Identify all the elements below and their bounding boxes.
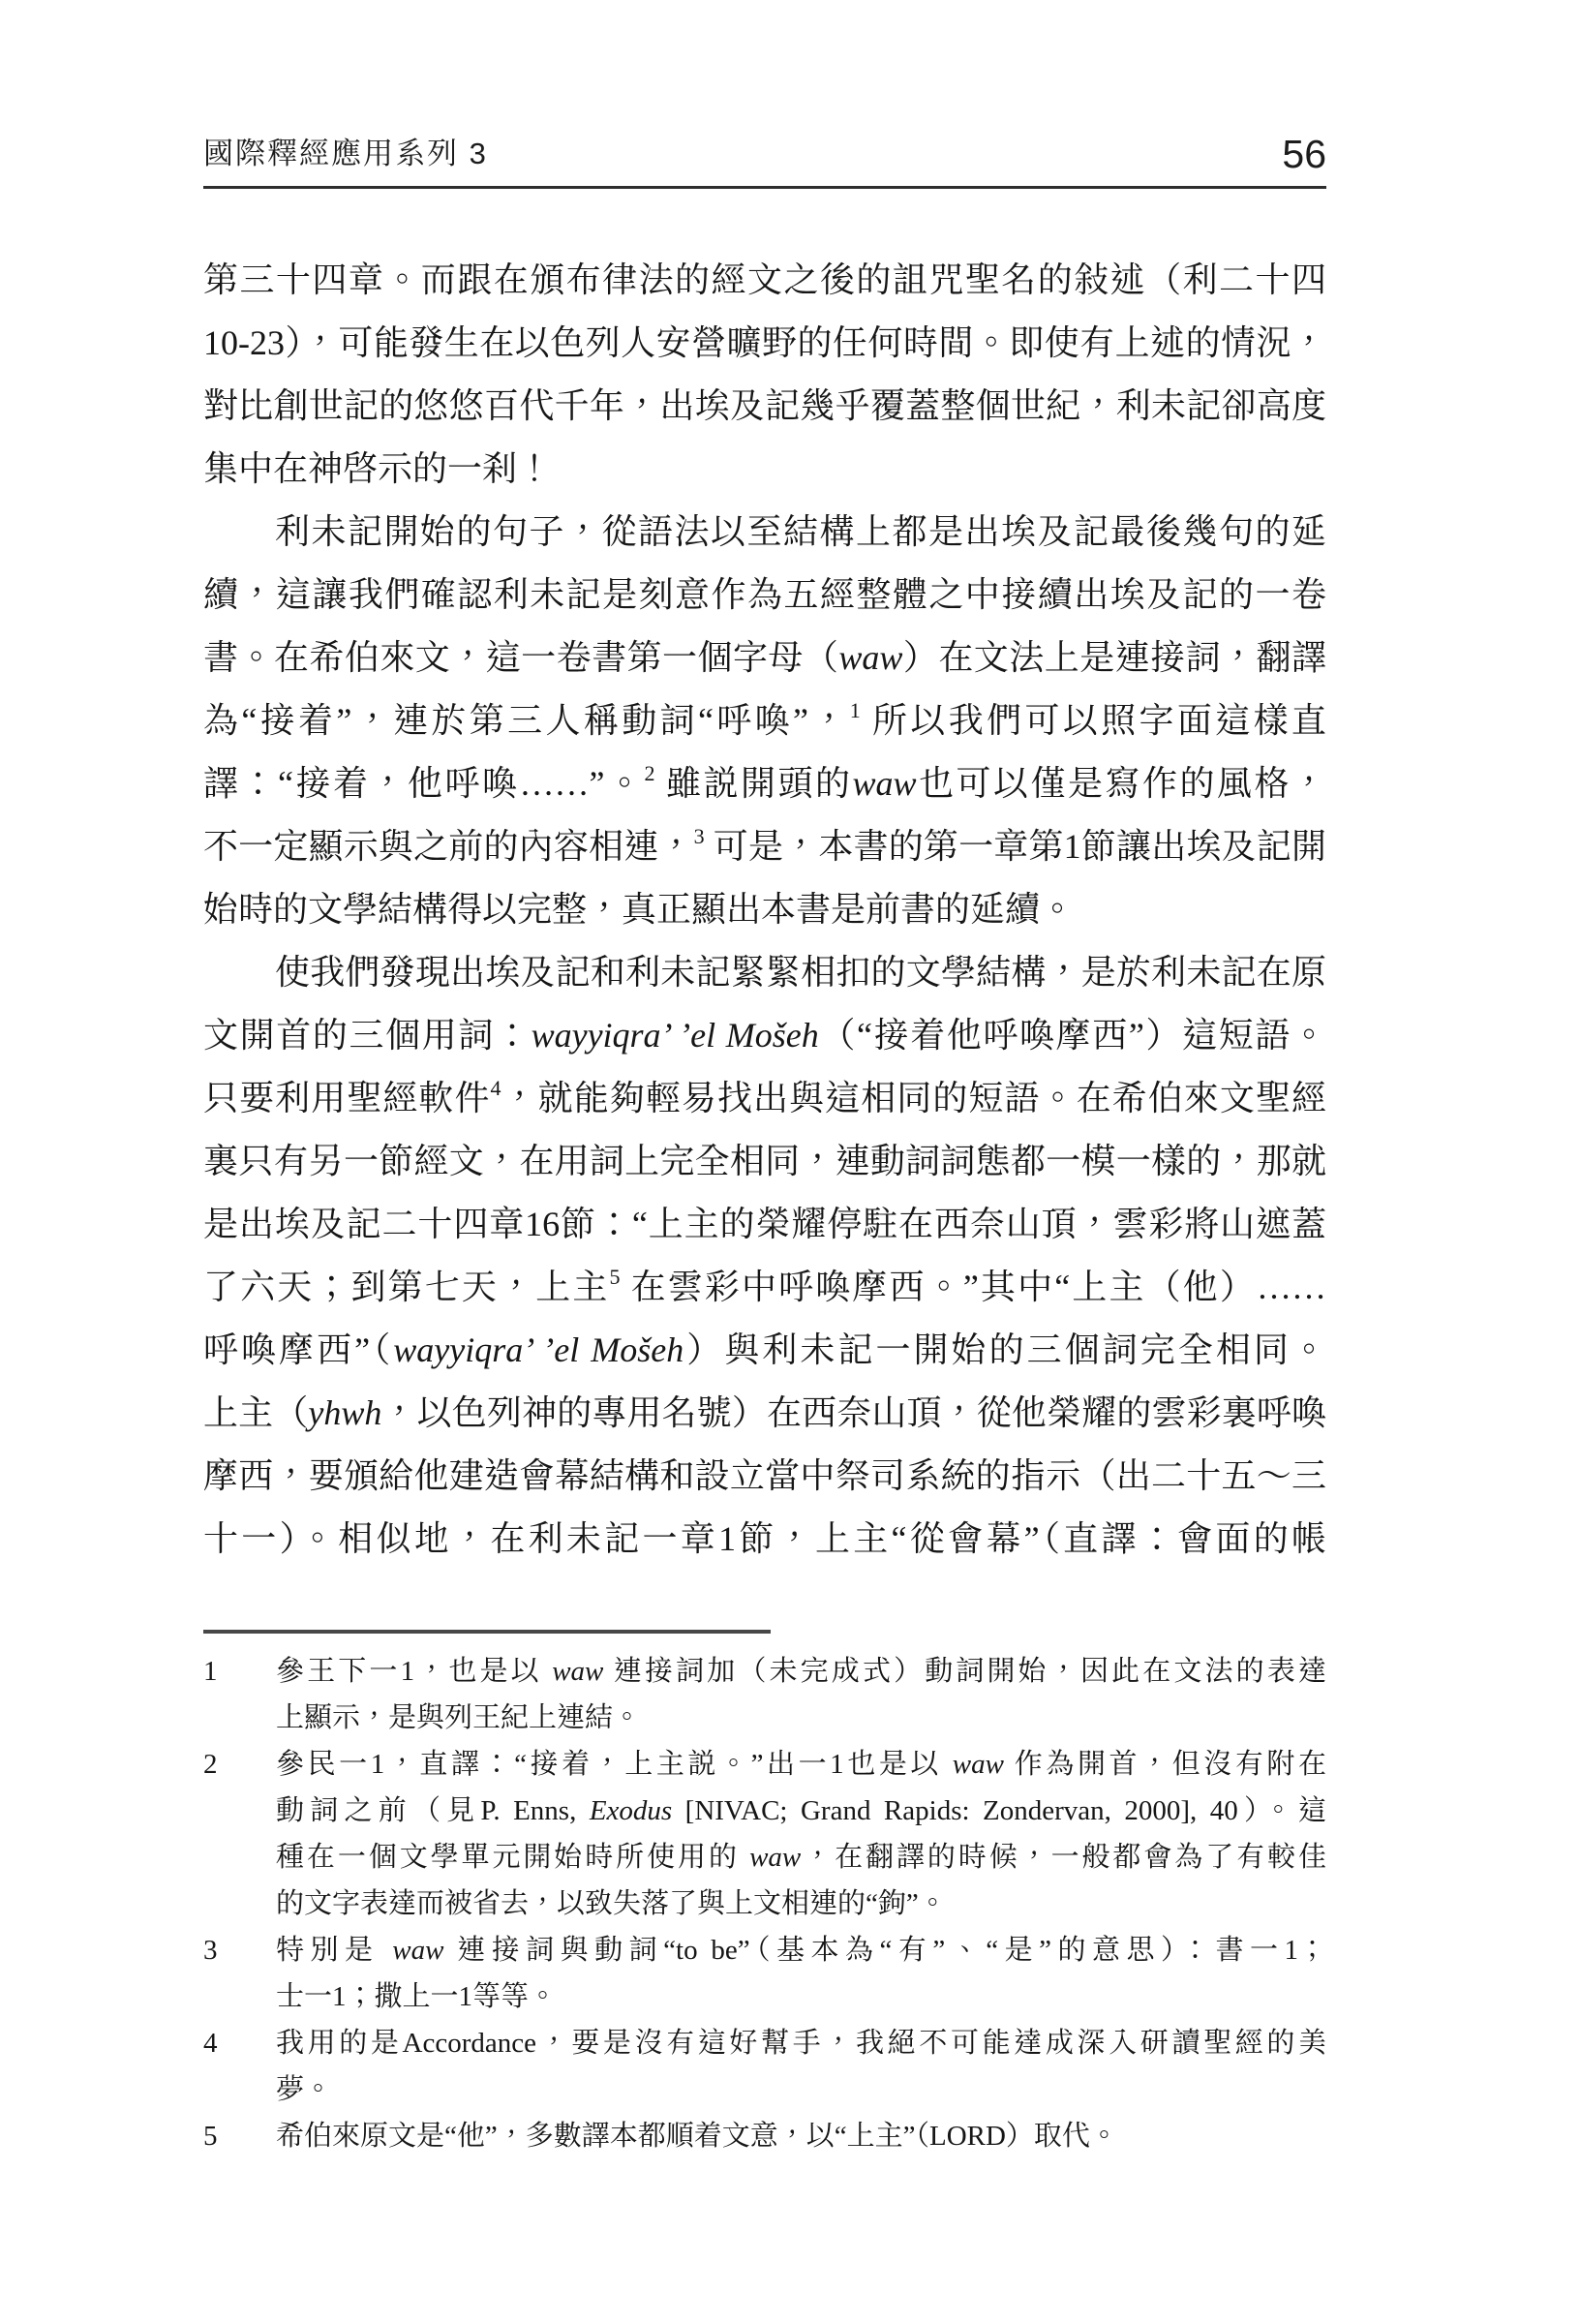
text-line: 我用的是Accordance，要是沒有這好幫手，我絕不可能達成深入研讀聖經的美 [276, 2020, 1326, 2066]
text-line: 十一）。相似地，在利未記一章1節，上主“從會幕”（直譯：會面的帳 [203, 1508, 1326, 1571]
body-text-column: 第三十四章。而跟在頒布律法的經文之後的詛咒聖名的敍述（利二十四10-23），可能… [203, 249, 1326, 1571]
text-run: 連接詞與動詞“to be”（基本為“有”、“是”的意思）：書一1； [443, 1935, 1326, 1966]
text-run: 我用的是Accordance，要是沒有這好幫手，我絕不可能達成深入研讀聖經的美 [276, 2028, 1326, 2059]
text-run: 文開首的三個用詞： [203, 1016, 532, 1055]
text-run: 了六天；到第七天，上主 [203, 1268, 609, 1306]
text-run: 使我們發現出埃及記和利未記緊緊相扣的文學結構，是於利未記在原 [275, 953, 1326, 992]
page-header: 國際釋經應用系列 3 56 [203, 130, 1326, 178]
text-line: 書。在希伯來文，這一卷書第一個字母（waw）在文法上是連接詞，翻譯 [203, 627, 1326, 689]
paragraph: 使我們發現出埃及記和利未記緊緊相扣的文學結構，是於利未記在原文開首的三個用詞：w… [203, 941, 1326, 1571]
document-page: 國際釋經應用系列 3 56 第三十四章。而跟在頒布律法的經文之後的詛咒聖名的敍述… [0, 0, 1580, 2324]
text-line: 只要利用聖經軟件4，就能夠輕易找出與這相同的短語。在希伯來文聖經 [203, 1067, 1326, 1130]
transliteration: wayyiqra’ ’el Mošeh [532, 1016, 819, 1055]
text-line: 呼喚摩西”（wayyiqra’ ’el Mošeh）與利未記一開始的三個詞完全相… [203, 1319, 1326, 1382]
text-run: ，以色列神的專用名號）在西奈山頂，從他榮耀的雲彩裏呼喚 [381, 1393, 1326, 1432]
text-run: 所以我們可以照字面這樣直 [861, 701, 1326, 740]
paragraph: 利未記開始的句子，從語法以至結構上都是出埃及記最後幾句的延續，這讓我們確認利未記… [203, 501, 1326, 941]
text-run: ）在文法上是連接詞，翻譯 [902, 638, 1326, 677]
transliteration: waw [749, 1842, 801, 1873]
paragraph: 第三十四章。而跟在頒布律法的經文之後的詛咒聖名的敍述（利二十四10-23），可能… [203, 249, 1326, 501]
text-line: 摩西，要頒給他建造會幕結構和設立當中祭司系統的指示（出二十五～三 [203, 1445, 1326, 1508]
text-line: 的文字表達而被省去，以致失落了與上文相連的“鉤”。 [276, 1881, 1326, 1927]
text-run: [NIVAC; Grand Rapids: Zondervan, 2000], … [672, 1795, 1326, 1826]
text-run: 希伯來原文是“他”，多數譯本都順着文意，以“上主”（LORD）取代。 [276, 2121, 1118, 2152]
text-line: 對比創世記的悠悠百代千年，出埃及記幾乎覆蓋整個世紀，利未記卻高度 [203, 375, 1326, 438]
text-run: 士一1；撒上一1等等。 [276, 1981, 557, 2012]
text-run: 連接詞加（未完成式）動詞開始，因此在文法的表達 [603, 1656, 1326, 1687]
text-line: 集中在神啓示的一刹！ [203, 438, 1326, 501]
footnote-number: 3 [203, 1927, 276, 2020]
series-title: 國際釋經應用系列 3 [203, 130, 488, 178]
footnote-separator [203, 1630, 771, 1634]
text-run: 對比創世記的悠悠百代千年，出埃及記幾乎覆蓋整個世紀，利未記卻高度 [203, 386, 1326, 425]
text-line: 上顯示，是與列王紀上連結。 [276, 1695, 1326, 1741]
footnote-text: 希伯來原文是“他”，多數譯本都順着文意，以“上主”（LORD）取代。 [276, 2113, 1326, 2159]
text-line: 始時的文學結構得以完整，真正顯出本書是前書的延續。 [203, 878, 1326, 941]
footnote-text: 特別是 waw 連接詞與動詞“to be”（基本為“有”、“是”的意思）：書一1… [276, 1927, 1326, 2020]
text-run: ）與利未記一開始的三個詞完全相同。 [684, 1330, 1326, 1369]
text-line: 為“接着”，連於第三人稱動詞“呼喚”，1 所以我們可以照字面這樣直 [203, 689, 1326, 752]
text-run: 是出埃及記二十四章16節：“上主的榮耀停駐在西奈山頂，雲彩將山遮蓋 [203, 1205, 1326, 1243]
text-line: 夢。 [276, 2066, 1326, 2113]
text-run: 10-23），可能發生在以色列人安營曠野的任何時間。即使有上述的情況， [203, 323, 1326, 362]
text-run: 續，這讓我們確認利未記是刻意作為五經整體之中接續出埃及記的一卷 [203, 575, 1326, 614]
footnote: 4我用的是Accordance，要是沒有這好幫手，我絕不可能達成深入研讀聖經的美… [203, 2020, 1326, 2113]
transliteration: wayyiqra’ ’el Mošeh [393, 1330, 684, 1369]
text-run: 作為開首，但沒有附在 [1004, 1749, 1326, 1780]
footnote-ref: 3 [694, 824, 705, 848]
text-run: 上顯示，是與列王紀上連結。 [276, 1702, 641, 1733]
text-run: 參王下一1，也是以 [276, 1656, 552, 1687]
footnote-ref: 2 [644, 761, 654, 785]
text-run: 始時的文學結構得以完整，真正顯出本書是前書的延續。 [203, 890, 1075, 929]
footnote-number: 2 [203, 1741, 276, 1927]
text-run: （“接着他呼喚摩西”）這短語。 [819, 1016, 1326, 1055]
text-run: 可是，本書的第一章第1節讓出埃及記開 [705, 827, 1326, 866]
text-run: 集中在神啓示的一刹！ [203, 449, 552, 488]
transliteration: waw [852, 764, 916, 803]
text-run: ，就能夠輕易找出與這相同的短語。在希伯來文聖經 [501, 1079, 1326, 1117]
text-line: 特別是 waw 連接詞與動詞“to be”（基本為“有”、“是”的意思）：書一1… [276, 1927, 1326, 1973]
text-line: 譯：“接着，他呼喚……”。2 雖説開頭的waw也可以僅是寫作的風格， [203, 752, 1326, 815]
footnote: 3特別是 waw 連接詞與動詞“to be”（基本為“有”、“是”的意思）：書一… [203, 1927, 1326, 2020]
text-line: 動詞之前（見P. Enns, Exodus [NIVAC; Grand Rapi… [276, 1788, 1326, 1834]
footnote-text: 參民一1，直譯：“接着，上主説。”出一1也是以 waw 作為開首，但沒有附在動詞… [276, 1741, 1326, 1927]
text-run: ，在翻譯的時候，一般都會為了有較佳 [801, 1842, 1326, 1873]
footnote-ref: 4 [491, 1076, 501, 1100]
footnote-text: 我用的是Accordance，要是沒有這好幫手，我絕不可能達成深入研讀聖經的美夢… [276, 2020, 1326, 2113]
transliteration: waw [953, 1749, 1004, 1780]
text-run: 呼喚摩西”（ [203, 1330, 393, 1369]
footnote: 1參王下一1，也是以 waw 連接詞加（未完成式）動詞開始，因此在文法的表達上顯… [203, 1648, 1326, 1741]
text-run: 為“接着”，連於第三人稱動詞“呼喚”， [203, 701, 850, 740]
text-line: 了六天；到第七天，上主5 在雲彩中呼喚摩西。”其中“上主（他）…… [203, 1256, 1326, 1319]
footnote-ref: 1 [850, 698, 861, 722]
page-number: 56 [1282, 130, 1326, 178]
transliteration: waw [552, 1656, 603, 1687]
text-line: 參民一1，直譯：“接着，上主説。”出一1也是以 waw 作為開首，但沒有附在 [276, 1741, 1326, 1788]
text-run: 只要利用聖經軟件 [203, 1079, 491, 1117]
text-run: 雖説開頭的 [654, 764, 852, 803]
footnote-number: 4 [203, 2020, 276, 2113]
text-line: 希伯來原文是“他”，多數譯本都順着文意，以“上主”（LORD）取代。 [276, 2113, 1326, 2159]
text-run: 動詞之前（見P. Enns, [276, 1795, 590, 1826]
text-line: 文開首的三個用詞：wayyiqra’ ’el Mošeh（“接着他呼喚摩西”）這… [203, 1004, 1326, 1067]
text-line: 利未記開始的句子，從語法以至結構上都是出埃及記最後幾句的延 [203, 501, 1326, 564]
header-rule [203, 186, 1326, 189]
transliteration: waw [838, 638, 902, 677]
text-run: 在雲彩中呼喚摩西。”其中“上主（他）…… [620, 1268, 1326, 1306]
text-run: 第三十四章。而跟在頒布律法的經文之後的詛咒聖名的敍述（利二十四 [203, 260, 1326, 299]
text-line: 種在一個文學單元開始時所使用的 waw，在翻譯的時候，一般都會為了有較佳 [276, 1834, 1326, 1881]
text-line: 裏只有另一節經文，在用詞上完全相同，連動詞詞態都一模一樣的，那就 [203, 1130, 1326, 1193]
text-line: 第三十四章。而跟在頒布律法的經文之後的詛咒聖名的敍述（利二十四 [203, 249, 1326, 312]
footnote: 5希伯來原文是“他”，多數譯本都順着文意，以“上主”（LORD）取代。 [203, 2113, 1326, 2159]
footnote-text: 參王下一1，也是以 waw 連接詞加（未完成式）動詞開始，因此在文法的表達上顯示… [276, 1648, 1326, 1741]
text-run: 書。在希伯來文，這一卷書第一個字母（ [203, 638, 838, 677]
text-run: 不一定顯示與之前的內容相連， [203, 827, 694, 866]
text-line: 使我們發現出埃及記和利未記緊緊相扣的文學結構，是於利未記在原 [203, 941, 1326, 1004]
text-run: 夢。 [276, 2074, 332, 2105]
text-line: 續，這讓我們確認利未記是刻意作為五經整體之中接續出埃及記的一卷 [203, 564, 1326, 627]
transliteration: Exodus [590, 1795, 672, 1826]
footnote-number: 5 [203, 2113, 276, 2159]
transliteration: waw [392, 1935, 443, 1966]
footnote: 2參民一1，直譯：“接着，上主説。”出一1也是以 waw 作為開首，但沒有附在動… [203, 1741, 1326, 1927]
text-run: 摩西，要頒給他建造會幕結構和設立當中祭司系統的指示（出二十五～三 [203, 1456, 1326, 1495]
text-line: 參王下一1，也是以 waw 連接詞加（未完成式）動詞開始，因此在文法的表達 [276, 1648, 1326, 1695]
text-line: 是出埃及記二十四章16節：“上主的榮耀停駐在西奈山頂，雲彩將山遮蓋 [203, 1193, 1326, 1256]
footnote-ref: 5 [609, 1265, 620, 1289]
text-run: 參民一1，直譯：“接着，上主説。”出一1也是以 [276, 1749, 953, 1780]
text-run: 的文字表達而被省去，以致失落了與上文相連的“鉤”。 [276, 1888, 947, 1919]
text-run: 裏只有另一節經文，在用詞上完全相同，連動詞詞態都一模一樣的，那就 [203, 1142, 1326, 1180]
transliteration: yhwh [308, 1393, 381, 1432]
text-run: 十一）。相似地，在利未記一章1節，上主“從會幕”（直譯：會面的帳 [203, 1519, 1326, 1558]
text-run: 上主（ [203, 1393, 308, 1432]
text-run: 譯：“接着，他呼喚……”。 [203, 764, 644, 803]
text-run: 特別是 [276, 1935, 392, 1966]
footnotes-section: 1參王下一1，也是以 waw 連接詞加（未完成式）動詞開始，因此在文法的表達上顯… [203, 1648, 1326, 2159]
text-line: 上主（yhwh，以色列神的專用名號）在西奈山頂，從他榮耀的雲彩裏呼喚 [203, 1382, 1326, 1445]
text-line: 不一定顯示與之前的內容相連，3 可是，本書的第一章第1節讓出埃及記開 [203, 815, 1326, 878]
text-line: 10-23），可能發生在以色列人安營曠野的任何時間。即使有上述的情況， [203, 312, 1326, 375]
text-line: 士一1；撒上一1等等。 [276, 1973, 1326, 2020]
text-run: 利未記開始的句子，從語法以至結構上都是出埃及記最後幾句的延 [275, 512, 1326, 551]
footnote-number: 1 [203, 1648, 276, 1741]
text-run: 也可以僅是寫作的風格， [916, 764, 1326, 803]
text-run: 種在一個文學單元開始時所使用的 [276, 1842, 749, 1873]
